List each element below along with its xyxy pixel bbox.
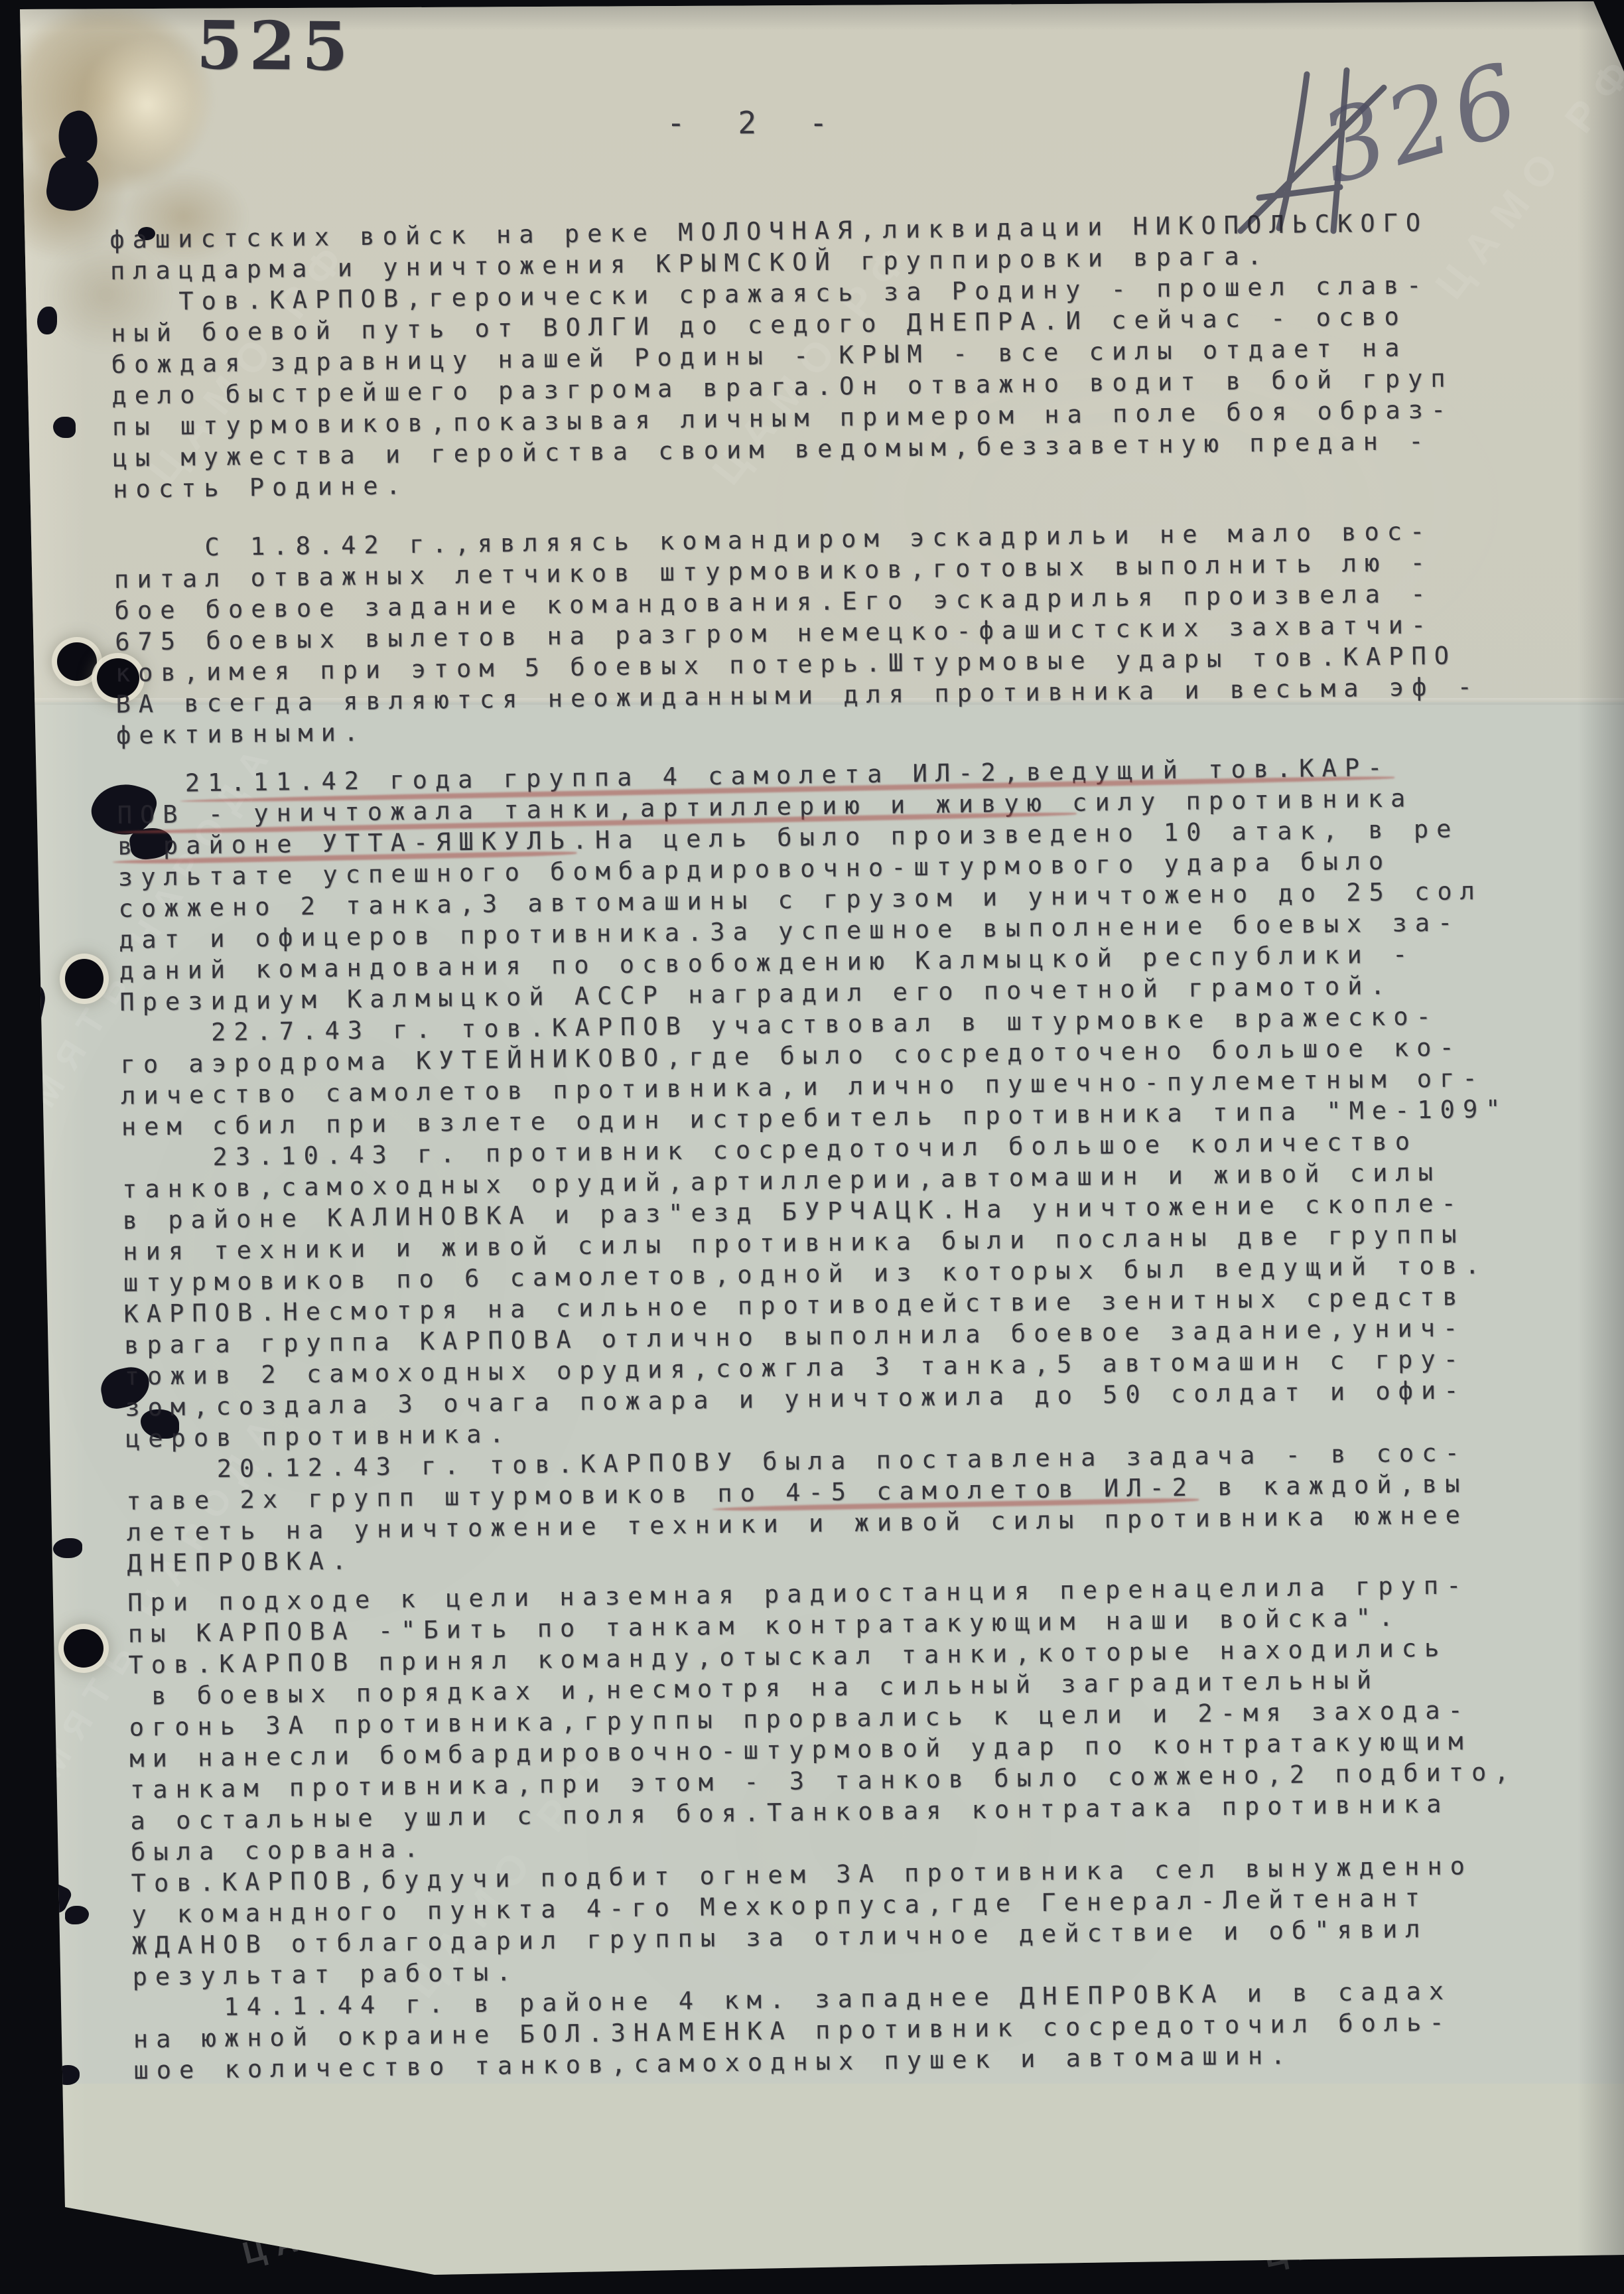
paragraph: С 1.8.42 г.,являясь командиром эскадриль… [113, 515, 1503, 751]
ink-blot [53, 1538, 82, 1558]
paragraph: Тов.КАРПОВ,будучи подбит огнем ЗА против… [131, 1849, 1519, 1992]
typed-text: в каждой,вы [1195, 1469, 1468, 1501]
ink-blot [53, 417, 76, 438]
ink-blot [37, 307, 57, 334]
ink-blot [0, 979, 48, 1043]
hole-punch [57, 642, 97, 681]
paragraph: При подходе к цели наземная радиостанция… [127, 1569, 1518, 1867]
paragraph: 21.11.42 года группа 4 самолета ИЛ-2,вед… [117, 751, 1507, 1018]
ink-blot [32, 2202, 54, 2222]
ink-blot [1, 1971, 46, 2041]
page-edge-shadow [1578, 0, 1624, 2294]
archive-page-number: 525 [196, 6, 355, 86]
typed-text [117, 769, 185, 798]
paragraph: 14.1.44 г. в районе 4 км. западнее ДНЕПР… [133, 1974, 1521, 2086]
hole-punch [64, 1629, 103, 1668]
paragraph: 23.10.43 г. противник сосредоточил больш… [121, 1125, 1513, 1455]
document-body: фашистских войск на реке МОЛОЧНАЯ,ликвид… [109, 206, 1521, 2086]
ink-blot [54, 2065, 80, 2085]
typed-text: ДНЕПРОВКА. [127, 1546, 354, 1577]
sheet-number: - 2 - [667, 105, 845, 141]
paragraph: Тов.КАРПОВ,героически сражаясь за Родину… [110, 269, 1500, 505]
ink-blot [0, 1380, 31, 1452]
typed-text: фективными. [116, 718, 367, 750]
paragraph: 22.7.43 г. тов.КАРПОВ участвовал в штурм… [120, 1000, 1509, 1143]
paragraph: 20.12.43 г. тов.КАРПОВУ была поставлена … [125, 1436, 1514, 1579]
typed-text: силу противника [1072, 784, 1414, 817]
red-underlined-text: в районе УТТА-ЯШКУЛЬ [117, 825, 573, 862]
typed-text: ность Родине. [113, 471, 409, 504]
typed-text: результат работы. [132, 1958, 519, 1991]
typed-text: была сорвана. [131, 1834, 427, 1867]
red-underlined-text: по 4-5 самолетов ИЛ-2 [717, 1472, 1195, 1509]
typed-text: церов противника. [125, 1419, 512, 1453]
document-page: ЦАМО РФ ЦАМО РФ ЦАМО РФ ПАМЯТЬ НАРОДА ПА… [0, 0, 1624, 2294]
hole-punch [65, 959, 103, 999]
ink-blot [0, 756, 36, 820]
archive-scan-canvas: ЦАМО РФ ЦАМО РФ ЦАМО РФ ЦАМО РФ ЦАМО РФ … [0, 0, 1624, 2294]
